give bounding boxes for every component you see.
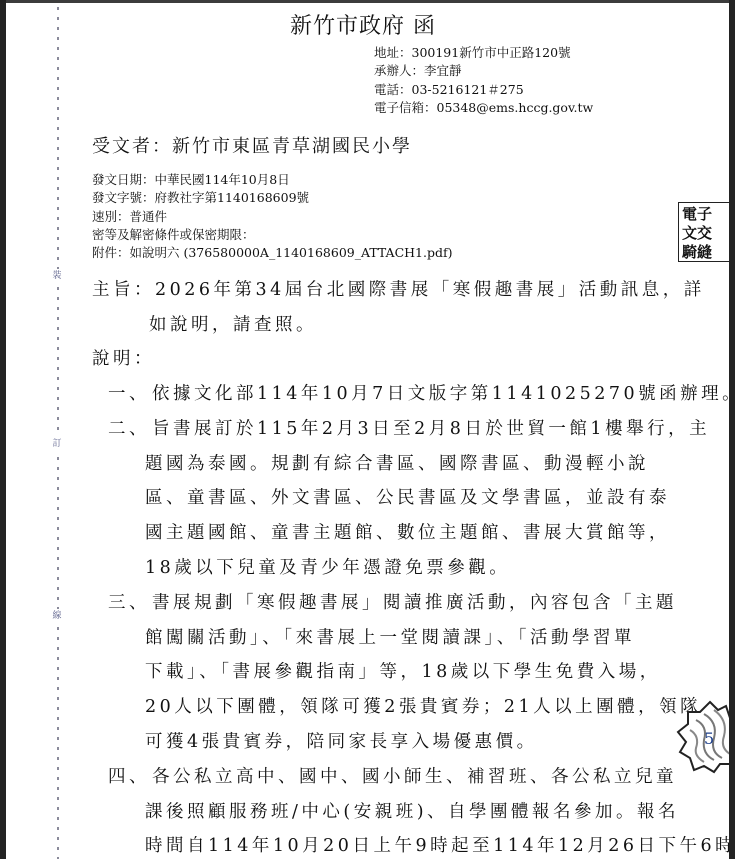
viewer-right-scrollbar[interactable] bbox=[729, 0, 735, 859]
subject-line-2: 如說明，請查照。 bbox=[149, 313, 317, 337]
recipient: 受文者：新竹市東區青草湖國民小學 bbox=[92, 132, 412, 158]
item-marker-2: 二、 bbox=[108, 417, 150, 441]
seal-stamp-icon: 5 bbox=[674, 696, 729, 776]
document-page: 裝 訂 線 新竹市政府 函 地址：300191新竹市中正路120號 承辦人：李宜… bbox=[6, 3, 729, 859]
item-2-line-5: 18歲以下兒童及青少年憑證免票參觀。 bbox=[145, 556, 510, 580]
item-3-line-5: 可獲4張貴賓券，陪同家長享入場優惠價。 bbox=[145, 730, 538, 754]
seal-page-number: 5 bbox=[704, 729, 714, 748]
item-1-line-1: 依據文化部114年10月7日文版字第1141025270號函辦理。 bbox=[152, 382, 729, 406]
phone: 電話：03-5216121＃275 bbox=[374, 81, 593, 99]
item-3-line-3: 下載」、「書展參觀指南」等，18歲以下學生免費入場， bbox=[145, 660, 661, 684]
meta-block: 發文日期：中華民國114年10月8日 發文字號：府教社字第1140168609號… bbox=[92, 171, 452, 262]
item-marker-1: 一、 bbox=[108, 382, 150, 406]
item-3-line-4: 20人以下團體，領隊可獲2張貴賓券；21人以上團體，領隊 bbox=[145, 695, 701, 719]
item-2-line-1: 旨書展訂於115年2月3日至2月8日於世貿一館1樓舉行，主 bbox=[152, 417, 710, 441]
item-3-line-1: 書展規劃「寒假趣書展」閱讀推廣活動，內容包含「主題 bbox=[152, 591, 677, 615]
electronic-stamp: 電子 文交 騎縫 bbox=[678, 202, 729, 262]
explanation-label: 說明： bbox=[92, 347, 155, 371]
binding-dotted-line bbox=[56, 3, 60, 859]
email: 電子信箱：05348@ems.hccg.gov.tw bbox=[374, 99, 593, 117]
delivery-speed: 速別：普通件 bbox=[92, 208, 452, 226]
document-title: 新竹市政府 函 bbox=[290, 9, 436, 40]
item-4-line-1: 各公私立高中、國中、國小師生、補習班、各公私立兒童 bbox=[152, 765, 677, 789]
item-2-line-4: 國主題國館、童書主題館、數位主題館、書展大賞館等， bbox=[145, 521, 670, 545]
item-marker-3: 三、 bbox=[108, 591, 150, 615]
item-4-line-3: 時間自114年10月20日上午9時起至114年12月26日下午6時 bbox=[145, 834, 729, 858]
subject-line-1: 主旨：2026年第34屆台北國際書展「寒假趣書展」活動訊息，詳 bbox=[92, 278, 705, 302]
item-4-line-2: 課後照顧服務班/中心(安親班)、自學團體報名參加。報名 bbox=[145, 800, 679, 824]
document-number: 發文字號：府教社字第1140168609號 bbox=[92, 189, 452, 207]
item-marker-4: 四、 bbox=[108, 765, 150, 789]
security-level: 密等及解密條件或保密期限： bbox=[92, 226, 452, 244]
binding-mark-xian: 線 bbox=[50, 609, 64, 623]
issue-date: 發文日期：中華民國114年10月8日 bbox=[92, 171, 452, 189]
binding-mark-zhuang: 裝 bbox=[50, 269, 64, 283]
contact-block: 地址：300191新竹市中正路120號 承辦人：李宜靜 電話：03-521612… bbox=[374, 44, 593, 117]
binding-mark-ding: 訂 bbox=[50, 437, 64, 451]
address: 地址：300191新竹市中正路120號 bbox=[374, 44, 593, 62]
item-2-line-2: 題國為泰國。規劃有綜合書區、國際書區、動漫輕小說 bbox=[145, 452, 649, 476]
item-2-line-3: 區、童書區、外文書區、公民書區及文學書區，並設有泰 bbox=[145, 486, 670, 510]
item-3-line-2: 館闖關活動」、「來書展上一堂閱讀課」、「活動學習單 bbox=[145, 626, 635, 650]
handler: 承辦人：李宜靜 bbox=[374, 62, 593, 80]
attachment[interactable]: 附件：如說明六 (376580000A_1140168609_ATTACH1.p… bbox=[92, 244, 452, 262]
